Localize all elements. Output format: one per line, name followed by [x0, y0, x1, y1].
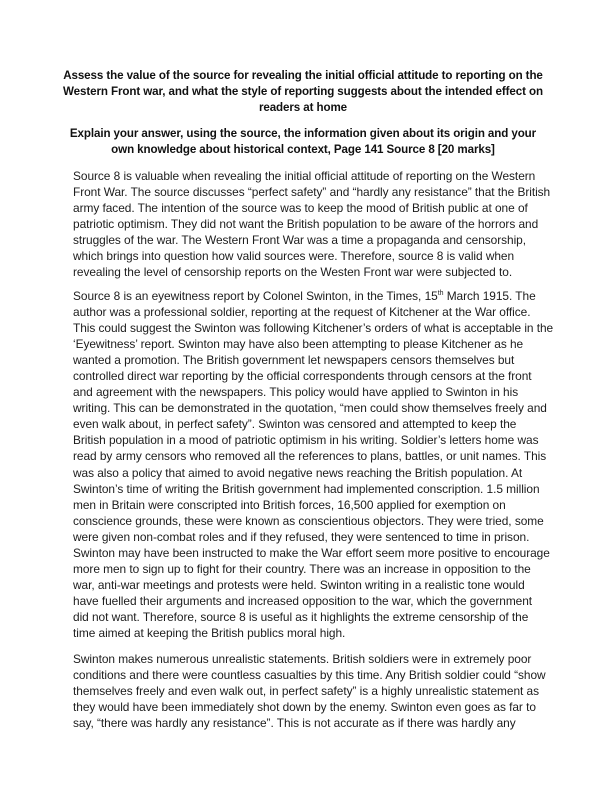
text-line: themselves freely and even walk out, in … — [73, 683, 553, 699]
text-line: they would have been immediately shot do… — [73, 699, 553, 715]
text-line: Swinton’s time of writing the British go… — [73, 481, 553, 497]
text-line: even walk about, in perfect safety”. Swi… — [73, 416, 553, 432]
text-line: ‘Eyewitness’ report. Swinton may have al… — [73, 336, 553, 352]
text-segment: Source 8 is an eyewitness report by Colo… — [73, 289, 438, 303]
text-line: Swinton may have been instructed to make… — [73, 545, 553, 561]
text-line: Swinton makes numerous unrealistic state… — [73, 651, 553, 667]
text-line: war, anti-war meetings and protests were… — [73, 577, 553, 593]
text-line: conditions and there were countless casu… — [73, 667, 553, 683]
text-line: Source 8 is valuable when revealing the … — [73, 168, 553, 184]
text-line: men in Britain were conscripted into Bri… — [73, 497, 553, 513]
question-line: Western Front war, and what the style of… — [60, 84, 546, 100]
paragraph-2: Source 8 is an eyewitness report by Colo… — [73, 288, 553, 641]
text-line: say, “there was hardly any resistance”. … — [73, 715, 553, 731]
text-line: which brings into question how valid sou… — [73, 248, 553, 264]
text-line: controlled direct war reporting by the o… — [73, 368, 553, 384]
text-line: patriotic optimism. They did not want th… — [73, 216, 553, 232]
question-line: readers at home — [60, 100, 546, 116]
text-line: This could suggest the Swinton was follo… — [73, 320, 553, 336]
text-line: struggles of the war. The Western Front … — [73, 232, 553, 248]
instruction-heading: Explain your answer, using the source, t… — [60, 126, 546, 158]
text-line: time aimed at keeping the British public… — [73, 625, 553, 641]
text-line: army faced. The intention of the source … — [73, 200, 553, 216]
document-page: Assess the value of the source for revea… — [0, 0, 606, 800]
question-line: Assess the value of the source for revea… — [60, 68, 546, 84]
text-line: and agreement with the newspapers. This … — [73, 384, 553, 400]
paragraph-1: Source 8 is valuable when revealing the … — [73, 168, 553, 280]
text-line: more men to sign up to fight for their c… — [73, 561, 553, 577]
text-line: did not want. Therefore, source 8 is use… — [73, 609, 553, 625]
paragraph-3: Swinton makes numerous unrealistic state… — [73, 651, 553, 731]
question-heading: Assess the value of the source for revea… — [60, 68, 546, 116]
instruction-line: Explain your answer, using the source, t… — [60, 126, 546, 142]
text-line: Source 8 is an eyewitness report by Colo… — [73, 288, 553, 304]
text-line: conscience grounds, these were known as … — [73, 513, 553, 529]
text-line: wanted a promotion. The British governme… — [73, 352, 553, 368]
text-line: writing. This can be demonstrated in the… — [73, 400, 553, 416]
text-line: have fuelled their arguments and increas… — [73, 593, 553, 609]
text-line: Front War. The source discusses “perfect… — [73, 184, 553, 200]
text-line: British population in a mood of patrioti… — [73, 432, 553, 448]
text-line: was also a policy that aimed to avoid ne… — [73, 465, 553, 481]
text-line: author was a professional soldier, repor… — [73, 304, 553, 320]
instruction-line: own knowledge about historical context, … — [60, 142, 546, 158]
text-segment: March 1915. The — [443, 289, 535, 303]
text-line: revealing the level of censorship report… — [73, 264, 553, 280]
text-line: were given non-combat roles and if they … — [73, 529, 553, 545]
text-line: read by army censors who removed all the… — [73, 448, 553, 464]
